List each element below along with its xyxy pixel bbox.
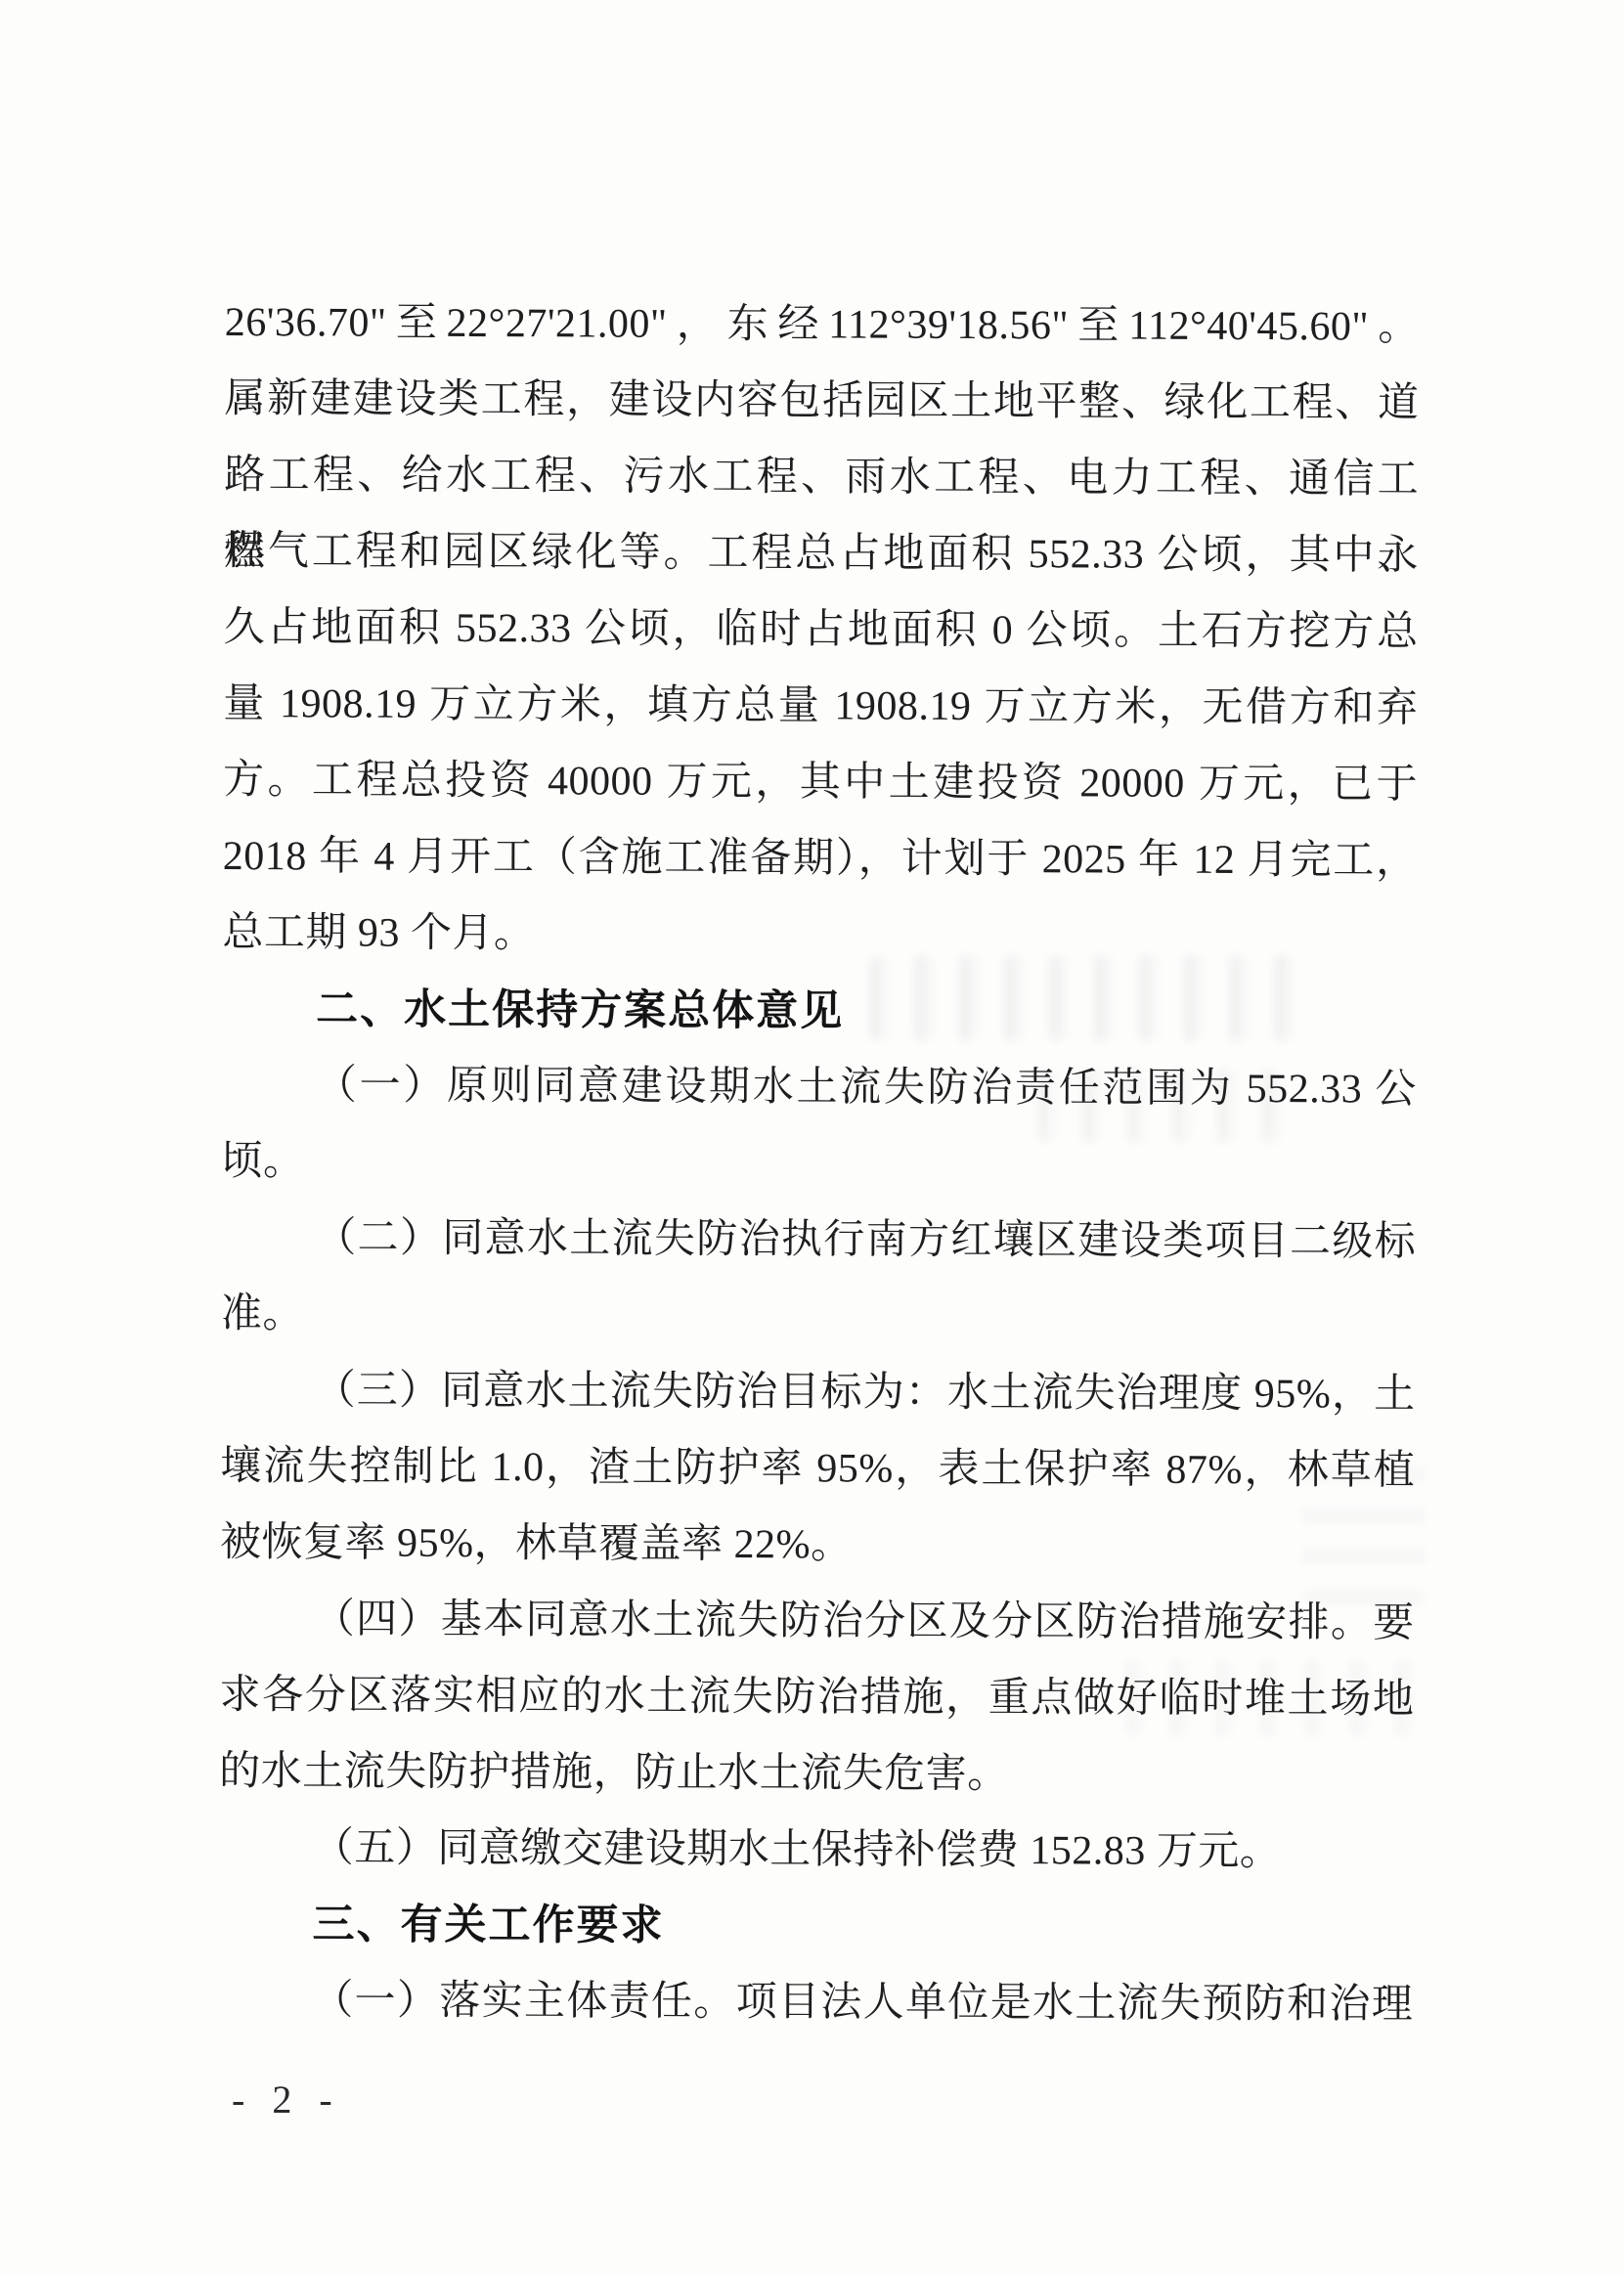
- text-line: 的水土流失防护措施，防止水土流失危害。: [219, 1733, 1414, 1815]
- text-line: 26'36.70"至22°27'21.00"，东经112°39'18.56"至1…: [225, 284, 1420, 366]
- text-line: 方。工程总投资 40000 万元，其中土建投资 20000 万元，已于: [223, 742, 1418, 823]
- text-line: 壤流失控制比 1.0，渣土防护率 95%，表土保护率 87%，林草植: [220, 1428, 1415, 1509]
- document-text-block: 26'36.70"至22°27'21.00"，东经112°39'18.56"至1…: [218, 284, 1420, 2043]
- text-line: 准。: [221, 1276, 1416, 1357]
- text-line: （二）同意水土流失防治执行南方红壤区建设类项目二级标: [221, 1200, 1416, 1281]
- text-line: （四）基本同意水土流失防治分区及分区防治措施安排。要: [220, 1581, 1415, 1662]
- text-line: （三）同意水土流失防治目标为：水土流失治理度 95%，土: [221, 1352, 1416, 1433]
- text-line: 顷。: [221, 1123, 1416, 1204]
- page-number: - 2 -: [232, 2071, 341, 2129]
- text-line: 总工期 93 个月。: [222, 895, 1417, 976]
- text-line: 2018 年 4 月开工（含施工准备期），计划于 2025 年 12 月完工，: [223, 818, 1418, 899]
- text-line: 被恢复率 95%，林草覆盖率 22%。: [220, 1505, 1415, 1586]
- text-line: （一）原则同意建设期水土流失防治责任范围为 552.33 公: [222, 1047, 1417, 1128]
- section-heading: 三、有关工作要求: [218, 1886, 1413, 1967]
- text-line: 属新建建设类工程，建设内容包括园区土地平整、绿化工程、道: [224, 361, 1419, 442]
- text-line: 量 1908.19 万立方米，填方总量 1908.19 万立方米，无借方和弃: [223, 666, 1418, 747]
- scanned-document-page: 26'36.70"至22°27'21.00"，东经112°39'18.56"至1…: [0, 0, 1624, 2275]
- section-heading: 二、水土保持方案总体意见: [222, 971, 1417, 1052]
- text-line: 路工程、给水工程、污水工程、雨水工程、电力工程、通信工程、: [224, 437, 1419, 518]
- text-line: 燃气工程和园区绿化等。工程总占地面积 552.33 公顷，其中永: [224, 513, 1419, 594]
- text-line: （一）落实主体责任。项目法人单位是水土流失预防和治理: [218, 1962, 1413, 2043]
- text-line: 久占地面积 552.33 公顷，临时占地面积 0 公顷。土石方挖方总: [224, 590, 1419, 671]
- text-line: （五）同意缴交建设期水土保持补偿费 152.83 万元。: [219, 1810, 1414, 1891]
- text-line: 求各分区落实相应的水土流失防治措施，重点做好临时堆土场地: [219, 1657, 1414, 1738]
